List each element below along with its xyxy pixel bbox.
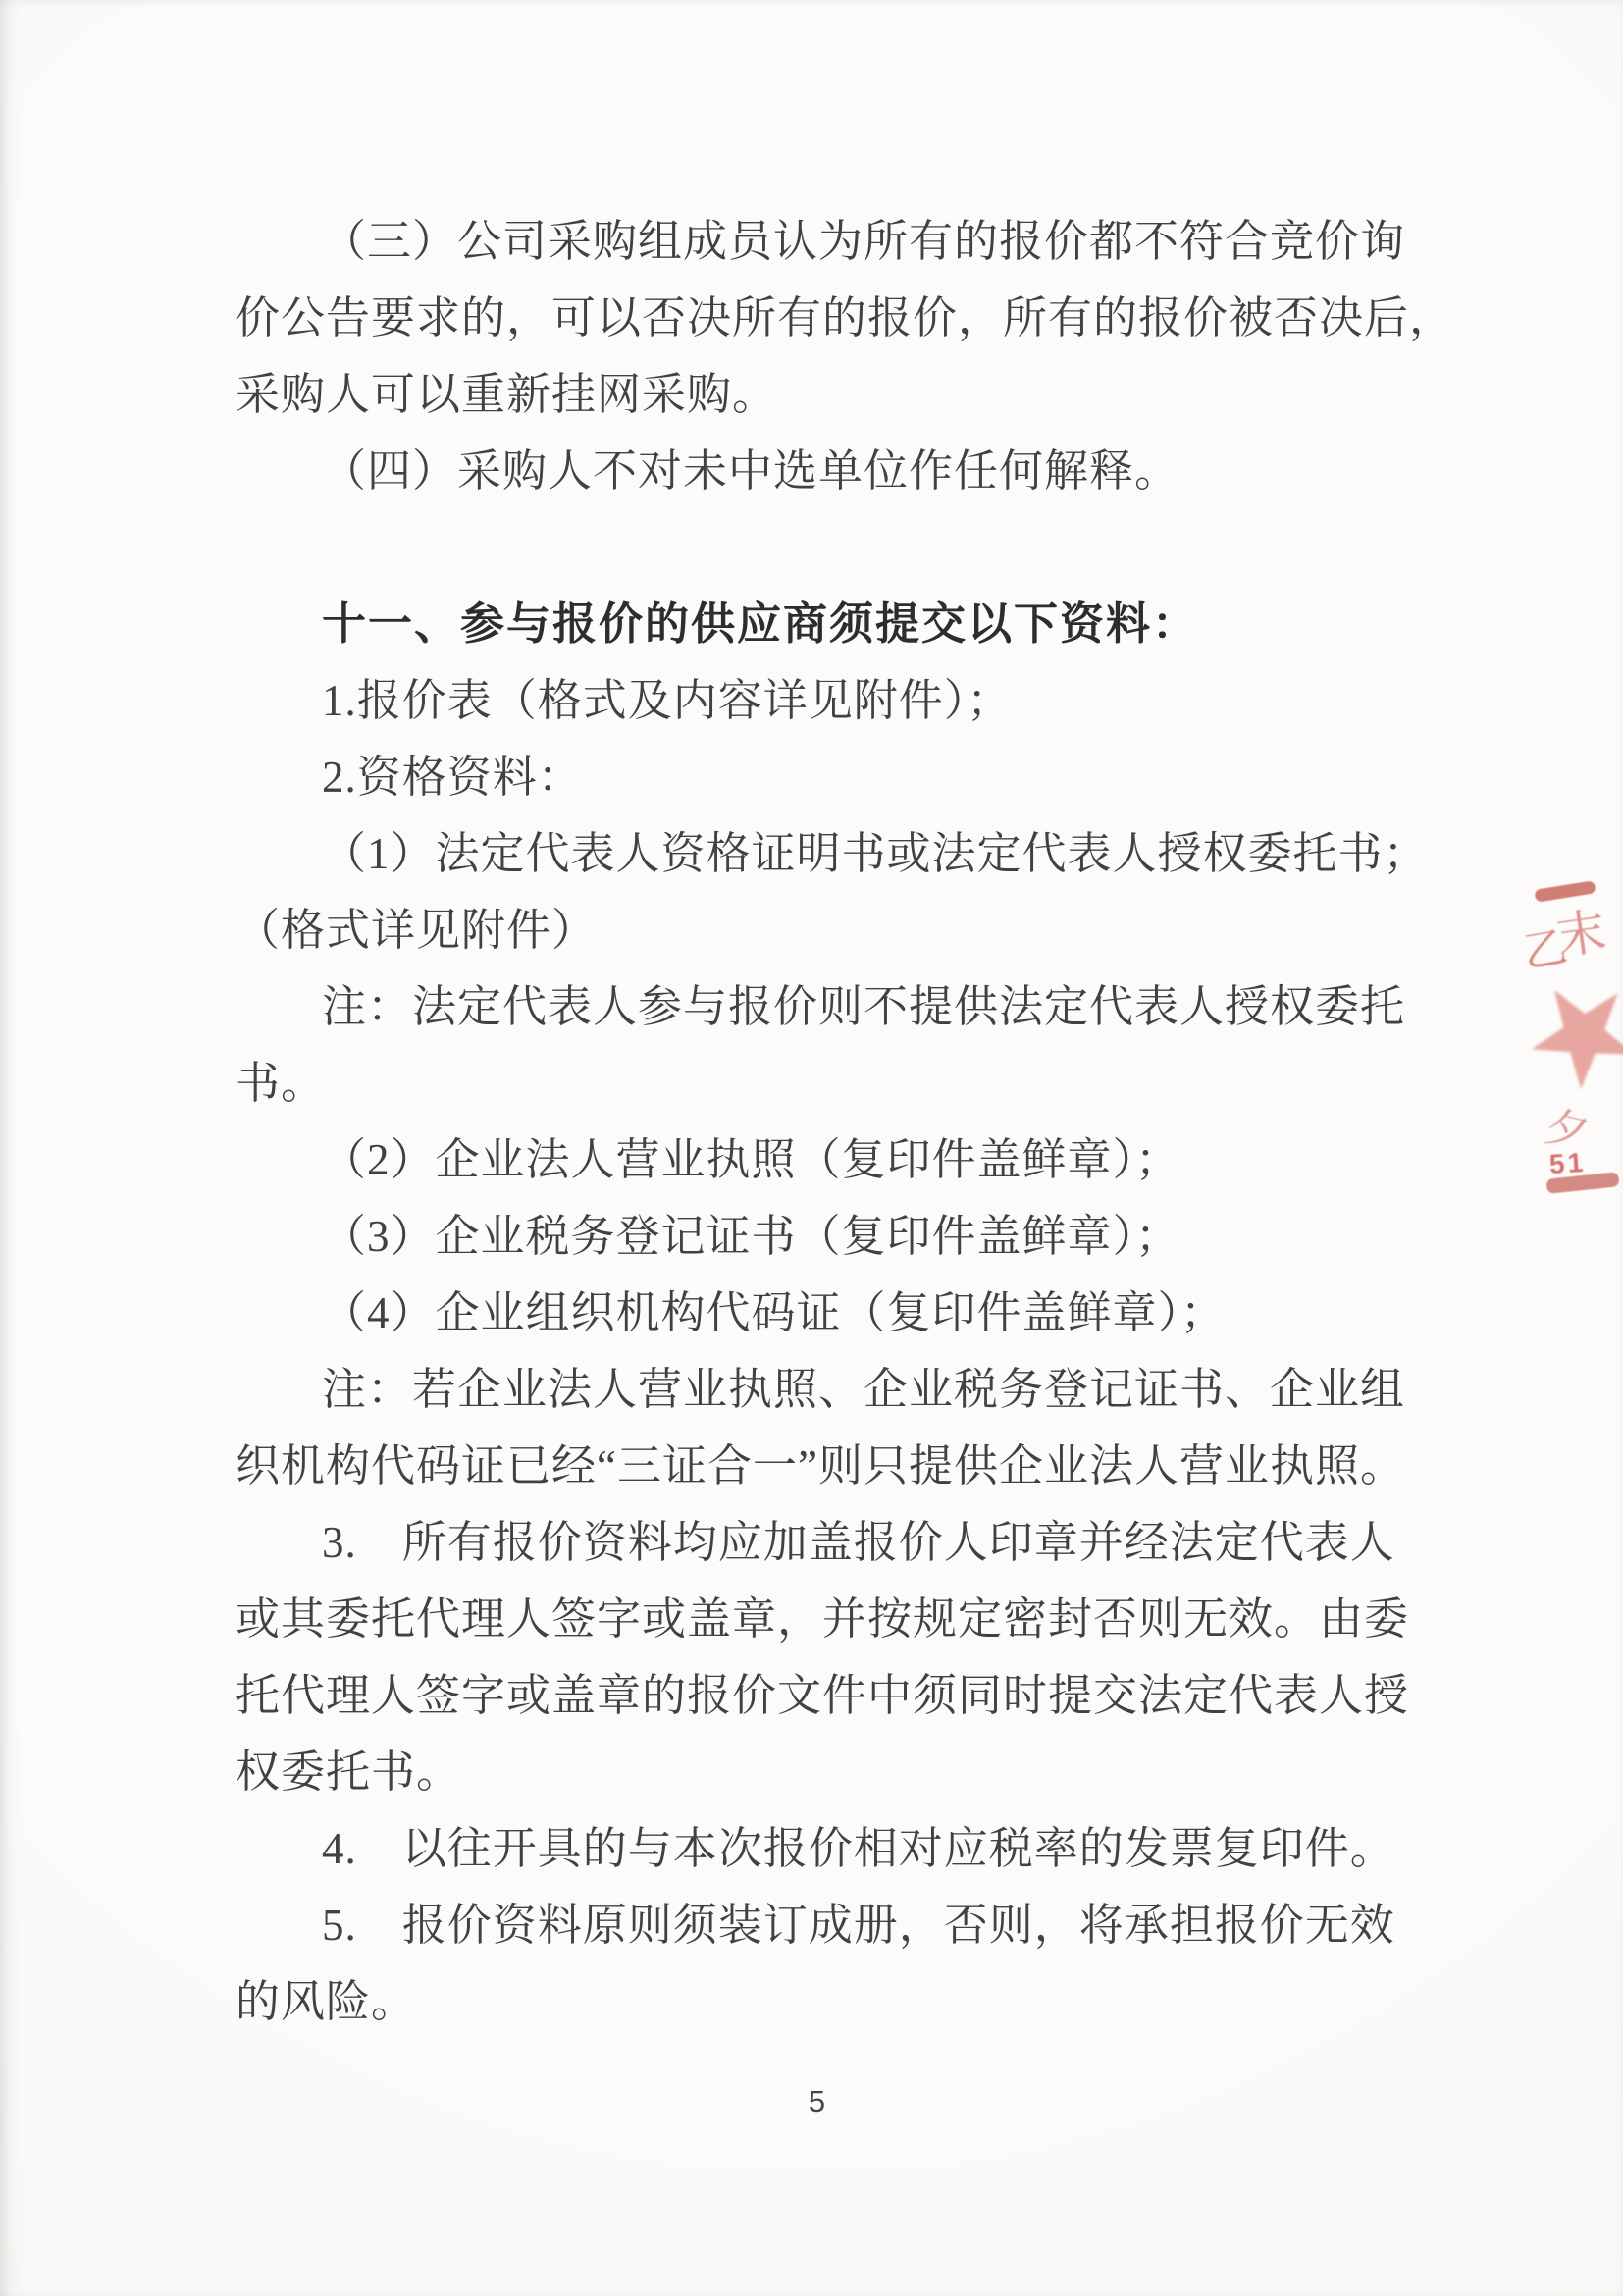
stamp-digits: 51 [1548, 1147, 1587, 1181]
paragraph-line: （三）公司采购组成员认为所有的报价都不符合竞价询 [236, 203, 1398, 280]
section-heading: 十一、参与报价的供应商须提交以下资料： [236, 586, 1398, 662]
list-item-line: （3）企业税务登记证书（复印件盖鲜章）； [236, 1198, 1398, 1275]
stamp-character-fragment: 乙 [1518, 912, 1571, 981]
list-item-line: 3. 所有报价资料均应加盖报价人印章并经法定代表人 [236, 1504, 1398, 1581]
paragraph-line: 的风险。 [236, 1963, 1398, 2040]
red-seal-stamp: 乙 末 夕 51 [1505, 873, 1623, 1212]
stamp-top-bar [1534, 880, 1596, 903]
paragraph-line: 采购人可以重新挂网采购。 [236, 356, 1398, 433]
paragraph-line: 书。 [236, 1045, 1398, 1122]
list-item-line: （2）企业法人营业执照（复印件盖鲜章）； [236, 1122, 1398, 1198]
blank-line [236, 509, 1398, 586]
paragraph-line: 或其委托代理人签字或盖章，并按规定密封否则无效。由委 [236, 1581, 1398, 1657]
list-item-line: （1）法定代表人资格证明书或法定代表人授权委托书； [236, 815, 1398, 892]
stamp-bottom-bar [1545, 1172, 1619, 1194]
document-page: （三）公司采购组成员认为所有的报价都不符合竞价询 价公告要求的，可以否决所有的报… [0, 0, 1623, 2296]
list-item-line: 5. 报价资料原则须装订成册，否则，将承担报价无效 [236, 1887, 1398, 1963]
stamp-star-icon [1512, 964, 1623, 1108]
paragraph-line: 价公告要求的，可以否决所有的报价，所有的报价被否决后， [236, 280, 1398, 356]
note-line: 注：若企业法人营业执照、企业税务登记证书、企业组 [236, 1351, 1398, 1428]
paragraph-line: （四）采购人不对未中选单位作任何解释。 [236, 433, 1398, 509]
note-line: 注：法定代表人参与报价则不提供法定代表人授权委托 [236, 968, 1398, 1045]
paragraph-line: 托代理人签字或盖章的报价文件中须同时提交法定代表人授 [236, 1657, 1398, 1734]
document-text: （三）公司采购组成员认为所有的报价都不符合竞价询 价公告要求的，可以否决所有的报… [236, 203, 1398, 2040]
stamp-character-fragment: 末 [1551, 892, 1610, 968]
page-number: 5 [236, 2082, 1398, 2121]
paragraph-line: （格式详见附件） [236, 892, 1398, 968]
paragraph-line: 权委托书。 [236, 1734, 1398, 1810]
stamp-character-fragment: 夕 [1540, 1091, 1597, 1163]
list-item-line: （4）企业组织机构代码证（复印件盖鲜章）； [236, 1275, 1398, 1351]
list-item-line: 4. 以往开具的与本次报价相对应税率的发票复印件。 [236, 1810, 1398, 1887]
paragraph-line: 织机构代码证已经“三证合一”则只提供企业法人营业执照。 [236, 1428, 1398, 1504]
list-item-line: 1.报价表（格式及内容详见附件）； [236, 662, 1398, 739]
list-item-line: 2.资格资料： [236, 739, 1398, 815]
